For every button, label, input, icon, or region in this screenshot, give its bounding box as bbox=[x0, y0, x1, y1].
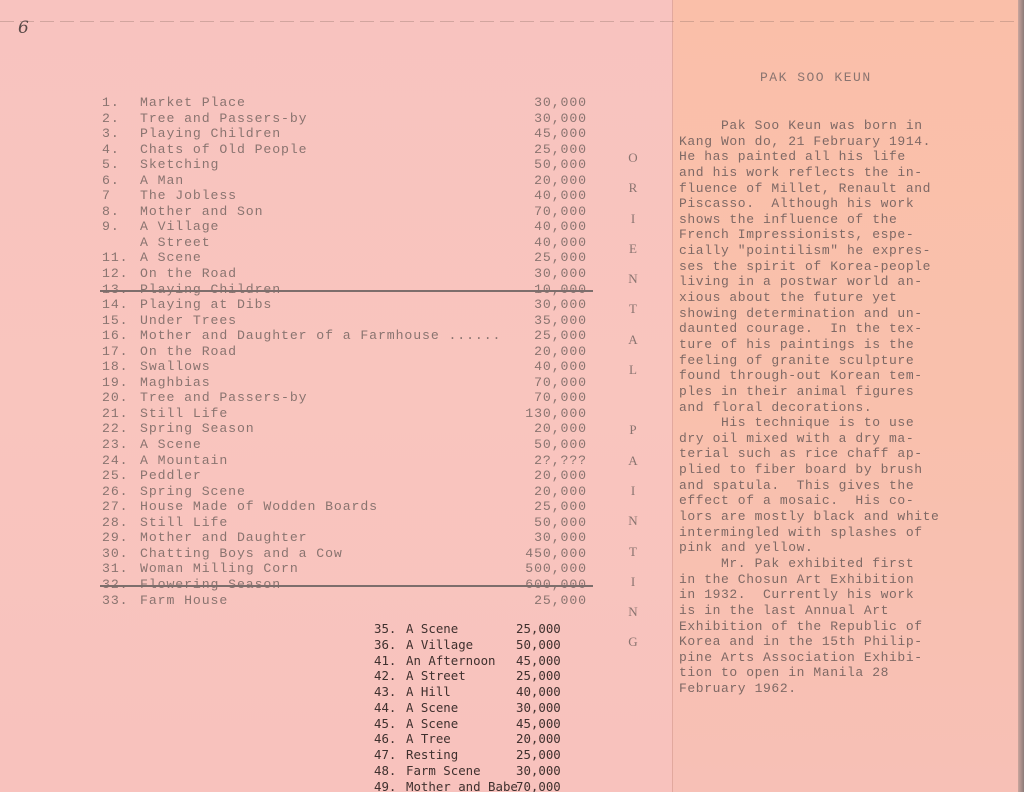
painting-title: A Village bbox=[406, 637, 516, 653]
painting-price: 25,000 bbox=[516, 621, 561, 637]
price-row: 15.Under Trees35,000 bbox=[102, 313, 587, 329]
painting-title: Maghbias bbox=[140, 375, 525, 391]
vertical-letter: T bbox=[625, 544, 641, 574]
price-row: 36. A Village50,000 bbox=[374, 637, 604, 653]
price-row: 26.Spring Scene20,000 bbox=[102, 484, 587, 500]
price-row: 23.A Scene50,000 bbox=[102, 437, 587, 453]
painting-title: Tree and Passers-by bbox=[140, 111, 525, 127]
item-number: 4. bbox=[102, 142, 140, 158]
painting-price: 600,000 bbox=[525, 577, 587, 593]
price-row: 22.Spring Season20,000 bbox=[102, 421, 587, 437]
painting-price: 25,000 bbox=[525, 250, 587, 266]
painting-price: 50,000 bbox=[525, 515, 587, 531]
item-number: 3. bbox=[102, 126, 140, 142]
price-row: 35.A Scene25,000 bbox=[374, 621, 604, 637]
painting-title: Sketching bbox=[140, 157, 525, 173]
item-number: 16. bbox=[102, 328, 140, 344]
painting-title: Spring Season bbox=[140, 421, 525, 437]
painting-title: An Afternoon bbox=[406, 653, 516, 669]
item-number: 5. bbox=[102, 157, 140, 173]
painting-price: 25,000 bbox=[525, 142, 587, 158]
price-row: 28.Still Life50,000 bbox=[102, 515, 587, 531]
painting-price: 500,000 bbox=[525, 561, 587, 577]
item-number: 22. bbox=[102, 421, 140, 437]
painting-title: A Scene bbox=[140, 437, 525, 453]
painting-price: 50,000 bbox=[525, 437, 587, 453]
price-row: 24.A Mountain2?,??? bbox=[102, 453, 587, 469]
price-row-struck: 13.Playing Children10,000 bbox=[102, 282, 587, 298]
painting-title: A Mountain bbox=[140, 453, 525, 469]
painting-title: Chats of Old People bbox=[140, 142, 525, 158]
painting-price: 20,000 bbox=[525, 173, 587, 189]
painting-price: 20,000 bbox=[525, 468, 587, 484]
painting-title: Flowering Season bbox=[140, 577, 525, 593]
vertical-letter: G bbox=[625, 634, 641, 664]
painting-title: A Hill bbox=[406, 684, 516, 700]
painting-title: Under Trees bbox=[140, 313, 525, 329]
price-row: 19.Maghbias70,000 bbox=[102, 375, 587, 391]
bio-title: PAK SOO KEUN bbox=[760, 70, 872, 85]
price-row: 25.Peddler20,000 bbox=[102, 468, 587, 484]
price-row: 12.On the Road30,000 bbox=[102, 266, 587, 282]
price-row: 41.An Afternoon45,000 bbox=[374, 653, 604, 669]
item-number: 21. bbox=[102, 406, 140, 422]
bio-line: pine Arts Association Exhibi- bbox=[679, 650, 979, 666]
bio-line: intermingled with splashes of bbox=[679, 525, 979, 541]
price-row: 31.Woman Milling Corn500,000 bbox=[102, 561, 587, 577]
vertical-letter: N bbox=[625, 271, 641, 301]
painting-price: 35,000 bbox=[525, 313, 587, 329]
painting-title: Mother and Babe bbox=[406, 779, 516, 792]
painting-title: House Made of Wodden Boards bbox=[140, 499, 525, 515]
painting-price: 25,000 bbox=[516, 747, 561, 763]
item-number: 23. bbox=[102, 437, 140, 453]
item-number: 13. bbox=[102, 282, 140, 298]
item-number: 20. bbox=[102, 390, 140, 406]
bio-line: in the Chosun Art Exhibition bbox=[679, 572, 979, 588]
handwritten-page-mark: 6 bbox=[18, 18, 29, 38]
painting-price: 130,000 bbox=[525, 406, 587, 422]
price-list-addendum: 35.A Scene25,00036. A Village50,00041.An… bbox=[374, 621, 604, 792]
painting-price: 45,000 bbox=[525, 126, 587, 142]
bio-line: and spatula. This gives the bbox=[679, 478, 979, 494]
painting-price: 40,000 bbox=[525, 235, 587, 251]
bio-line: Kang Won do, 21 February 1914. bbox=[679, 134, 979, 150]
price-row: 45.A Scene45,000 bbox=[374, 716, 604, 732]
painting-title: Playing Children bbox=[140, 126, 525, 142]
painting-price: 20,000 bbox=[525, 344, 587, 360]
painting-title: On the Road bbox=[140, 266, 525, 282]
bio-line: ses the spirit of Korea-people bbox=[679, 259, 979, 275]
painting-price: 25,000 bbox=[525, 328, 587, 344]
painting-price: 30,000 bbox=[525, 297, 587, 313]
bio-line: shows the influence of the bbox=[679, 212, 979, 228]
item-number: 19. bbox=[102, 375, 140, 391]
price-row: 16.Mother and Daughter of a Farmhouse ..… bbox=[102, 328, 587, 344]
item-number: 27. bbox=[102, 499, 140, 515]
price-row: 43.A Hill40,000 bbox=[374, 684, 604, 700]
painting-price: 45,000 bbox=[516, 716, 561, 732]
item-number: 47. bbox=[374, 747, 406, 763]
bio-line: ture of his paintings is the bbox=[679, 337, 979, 353]
vertical-letter: I bbox=[625, 483, 641, 513]
item-number: 49. bbox=[374, 779, 406, 792]
bio-line: terial such as rice chaff ap- bbox=[679, 446, 979, 462]
painting-title: A Street bbox=[406, 668, 516, 684]
item-number: 12. bbox=[102, 266, 140, 282]
bio-line: effect of a mosaic. His co- bbox=[679, 493, 979, 509]
vertical-letter: N bbox=[625, 604, 641, 634]
item-number: 11. bbox=[102, 250, 140, 266]
painting-price: 20,000 bbox=[516, 731, 561, 747]
vertical-letter: T bbox=[625, 301, 641, 331]
painting-title: Still Life bbox=[140, 515, 525, 531]
item-number: 29. bbox=[102, 530, 140, 546]
vertical-letter: N bbox=[625, 513, 641, 543]
painting-title: A Scene bbox=[406, 621, 516, 637]
price-row: 33.Farm House25,000 bbox=[102, 593, 587, 609]
painting-title: A Village bbox=[140, 219, 525, 235]
bio-line: and his work reflects the in- bbox=[679, 165, 979, 181]
bio-line: February 1962. bbox=[679, 681, 979, 697]
bio-line: Pak Soo Keun was born in bbox=[679, 118, 979, 134]
painting-title: A Man bbox=[140, 173, 525, 189]
price-row: 14.Playing at Dibs30,000 bbox=[102, 297, 587, 313]
bio-text: Pak Soo Keun was born inKang Won do, 21 … bbox=[679, 118, 979, 697]
vertical-letter: P bbox=[625, 422, 641, 452]
item-number: 15. bbox=[102, 313, 140, 329]
vertical-letter: A bbox=[625, 453, 641, 483]
price-row: 18.Swallows40,000 bbox=[102, 359, 587, 375]
vertical-letter: I bbox=[625, 574, 641, 604]
painting-title: A Tree bbox=[406, 731, 516, 747]
item-number: 36. bbox=[374, 637, 406, 653]
painting-price: 70,000 bbox=[525, 390, 587, 406]
price-row: 5.Sketching50,000 bbox=[102, 157, 587, 173]
price-row: 47.Resting25,000 bbox=[374, 747, 604, 763]
price-row: 8.Mother and Son70,000 bbox=[102, 204, 587, 220]
item-number: 24. bbox=[102, 453, 140, 469]
item-number: 1. bbox=[102, 95, 140, 111]
item-number: 26. bbox=[102, 484, 140, 500]
price-row: 27.House Made of Wodden Boards25,000 bbox=[102, 499, 587, 515]
price-row: 48.Farm Scene30,000 bbox=[374, 763, 604, 779]
bio-line: daunted courage. In the tex- bbox=[679, 321, 979, 337]
painting-price: 2?,??? bbox=[525, 453, 587, 469]
painting-title: Peddler bbox=[140, 468, 525, 484]
item-number: 7 bbox=[102, 188, 140, 204]
bio-line: cially "pointilism" he expres- bbox=[679, 243, 979, 259]
bio-line: pink and yellow. bbox=[679, 540, 979, 556]
painting-price: 40,000 bbox=[516, 684, 561, 700]
painting-title: Market Place bbox=[140, 95, 525, 111]
painting-price: 450,000 bbox=[525, 546, 587, 562]
painting-price: 10,000 bbox=[525, 282, 587, 298]
painting-price: 25,000 bbox=[516, 668, 561, 684]
painting-price: 30,000 bbox=[516, 700, 561, 716]
price-row: 4.Chats of Old People25,000 bbox=[102, 142, 587, 158]
painting-price: 40,000 bbox=[525, 359, 587, 375]
painting-title: A Scene bbox=[406, 700, 516, 716]
price-row: 2.Tree and Passers-by30,000 bbox=[102, 111, 587, 127]
item-number: 42. bbox=[374, 668, 406, 684]
bio-line: fluence of Millet, Renault and bbox=[679, 181, 979, 197]
painting-title: On the Road bbox=[140, 344, 525, 360]
vertical-letter: O bbox=[625, 150, 641, 180]
bio-line: Piscasso. Although his work bbox=[679, 196, 979, 212]
item-number: 17. bbox=[102, 344, 140, 360]
item-number: 46. bbox=[374, 731, 406, 747]
painting-price: 70,000 bbox=[525, 375, 587, 391]
bio-line: Korea and in the 15th Philip- bbox=[679, 634, 979, 650]
painting-title: A Scene bbox=[140, 250, 525, 266]
price-row: 9.A Village40,000 bbox=[102, 219, 587, 235]
painting-price: 30,000 bbox=[525, 530, 587, 546]
painting-title: Playing Children bbox=[140, 282, 525, 298]
painting-title: Woman Milling Corn bbox=[140, 561, 525, 577]
painting-price: 20,000 bbox=[525, 484, 587, 500]
painting-title: Farm Scene bbox=[406, 763, 516, 779]
price-row: 17. On the Road20,000 bbox=[102, 344, 587, 360]
item-number: 8. bbox=[102, 204, 140, 220]
item-number: 48. bbox=[374, 763, 406, 779]
bio-line: Exhibition of the Republic of bbox=[679, 619, 979, 635]
painting-price: 40,000 bbox=[525, 188, 587, 204]
painting-title: The Jobless bbox=[140, 188, 525, 204]
painting-price: 30,000 bbox=[525, 266, 587, 282]
painting-price: 40,000 bbox=[525, 219, 587, 235]
price-list: 1.Market Place30,0002.Tree and Passers-b… bbox=[102, 95, 587, 608]
price-row: 7 The Jobless40,000 bbox=[102, 188, 587, 204]
bio-line: tion to open in Manila 28 bbox=[679, 665, 979, 681]
painting-title: Tree and Passers-by bbox=[140, 390, 525, 406]
price-row: 11.A Scene25,000 bbox=[102, 250, 587, 266]
painting-title: Chatting Boys and a Cow bbox=[140, 546, 525, 562]
price-row: 44.A Scene30,000 bbox=[374, 700, 604, 716]
price-row: 46.A Tree20,000 bbox=[374, 731, 604, 747]
item-number: 25. bbox=[102, 468, 140, 484]
vertical-letter: R bbox=[625, 180, 641, 210]
price-row: A Street40,000 bbox=[102, 235, 587, 251]
item-number: 18. bbox=[102, 359, 140, 375]
bio-line: xious about the future yet bbox=[679, 290, 979, 306]
painting-price: 30,000 bbox=[525, 95, 587, 111]
price-row: 49.Mother and Babe70,000 bbox=[374, 779, 604, 792]
fold-line bbox=[0, 21, 1018, 22]
item-number: 32. bbox=[102, 577, 140, 593]
painting-title: A Street bbox=[140, 235, 525, 251]
painting-title: Mother and Daughter of a Farmhouse .....… bbox=[140, 328, 525, 344]
painting-price: 30,000 bbox=[525, 111, 587, 127]
painting-price: 70,000 bbox=[525, 204, 587, 220]
bio-line: and floral decorations. bbox=[679, 400, 979, 416]
painting-price: 30,000 bbox=[516, 763, 561, 779]
bio-line: plied to fiber board by brush bbox=[679, 462, 979, 478]
painting-price: 25,000 bbox=[525, 499, 587, 515]
price-row: 20.Tree and Passers-by70,000 bbox=[102, 390, 587, 406]
vertical-label-oriental-painting: ORIENTALPAINTING bbox=[625, 150, 641, 665]
bio-line: French Impressionists, espe- bbox=[679, 227, 979, 243]
bio-line: He has painted all his life bbox=[679, 149, 979, 165]
bio-line: Mr. Pak exhibited first bbox=[679, 556, 979, 572]
item-number: 14. bbox=[102, 297, 140, 313]
price-row: 1.Market Place30,000 bbox=[102, 95, 587, 111]
bio-line: found through-out Korean tem- bbox=[679, 368, 979, 384]
painting-title: Playing at Dibs bbox=[140, 297, 525, 313]
price-row: 21.Still Life130,000 bbox=[102, 406, 587, 422]
vertical-letter: L bbox=[625, 362, 641, 392]
painting-title: A Scene bbox=[406, 716, 516, 732]
price-row: 30.Chatting Boys and a Cow450,000 bbox=[102, 546, 587, 562]
page-edge-shadow bbox=[1018, 0, 1024, 792]
item-number bbox=[102, 235, 140, 251]
price-row-struck: 32.Flowering Season600,000 bbox=[102, 577, 587, 593]
item-number: 35. bbox=[374, 621, 406, 637]
bio-line: showing determination and un- bbox=[679, 306, 979, 322]
painting-price: 50,000 bbox=[525, 157, 587, 173]
item-number: 31. bbox=[102, 561, 140, 577]
item-number: 45. bbox=[374, 716, 406, 732]
vertical-letter: A bbox=[625, 332, 641, 362]
price-row: 3.Playing Children45,000 bbox=[102, 126, 587, 142]
bio-line: living in a postwar world an- bbox=[679, 274, 979, 290]
vertical-letter: E bbox=[625, 241, 641, 271]
price-row: 6.A Man20,000 bbox=[102, 173, 587, 189]
item-number: 44. bbox=[374, 700, 406, 716]
vertical-gap bbox=[625, 392, 641, 422]
painting-title: Spring Scene bbox=[140, 484, 525, 500]
painting-title: Mother and Son bbox=[140, 204, 525, 220]
painting-price: 25,000 bbox=[525, 593, 587, 609]
bio-line: ples in their animal figures bbox=[679, 384, 979, 400]
item-number: 41. bbox=[374, 653, 406, 669]
item-number: 28. bbox=[102, 515, 140, 531]
item-number: 33. bbox=[102, 593, 140, 609]
painting-price: 20,000 bbox=[525, 421, 587, 437]
painting-title: Still Life bbox=[140, 406, 525, 422]
bio-line: feeling of granite sculpture bbox=[679, 353, 979, 369]
price-row: 42.A Street25,000 bbox=[374, 668, 604, 684]
item-number: 2. bbox=[102, 111, 140, 127]
bio-line: is in the last Annual Art bbox=[679, 603, 979, 619]
painting-title: Farm House bbox=[140, 593, 525, 609]
item-number: 9. bbox=[102, 219, 140, 235]
painting-title: Resting bbox=[406, 747, 516, 763]
painting-title: Mother and Daughter bbox=[140, 530, 525, 546]
painting-price: 45,000 bbox=[516, 653, 561, 669]
item-number: 43. bbox=[374, 684, 406, 700]
bio-line: dry oil mixed with a dry ma- bbox=[679, 431, 979, 447]
bio-line: lors are mostly black and white bbox=[679, 509, 979, 525]
item-number: 30. bbox=[102, 546, 140, 562]
item-number: 6. bbox=[102, 173, 140, 189]
bio-line: His technique is to use bbox=[679, 415, 979, 431]
painting-title: Swallows bbox=[140, 359, 525, 375]
vertical-letter: I bbox=[625, 211, 641, 241]
painting-price: 50,000 bbox=[516, 637, 561, 653]
painting-price: 70,000 bbox=[516, 779, 561, 792]
price-row: 29.Mother and Daughter30,000 bbox=[102, 530, 587, 546]
bio-line: in 1932. Currently his work bbox=[679, 587, 979, 603]
